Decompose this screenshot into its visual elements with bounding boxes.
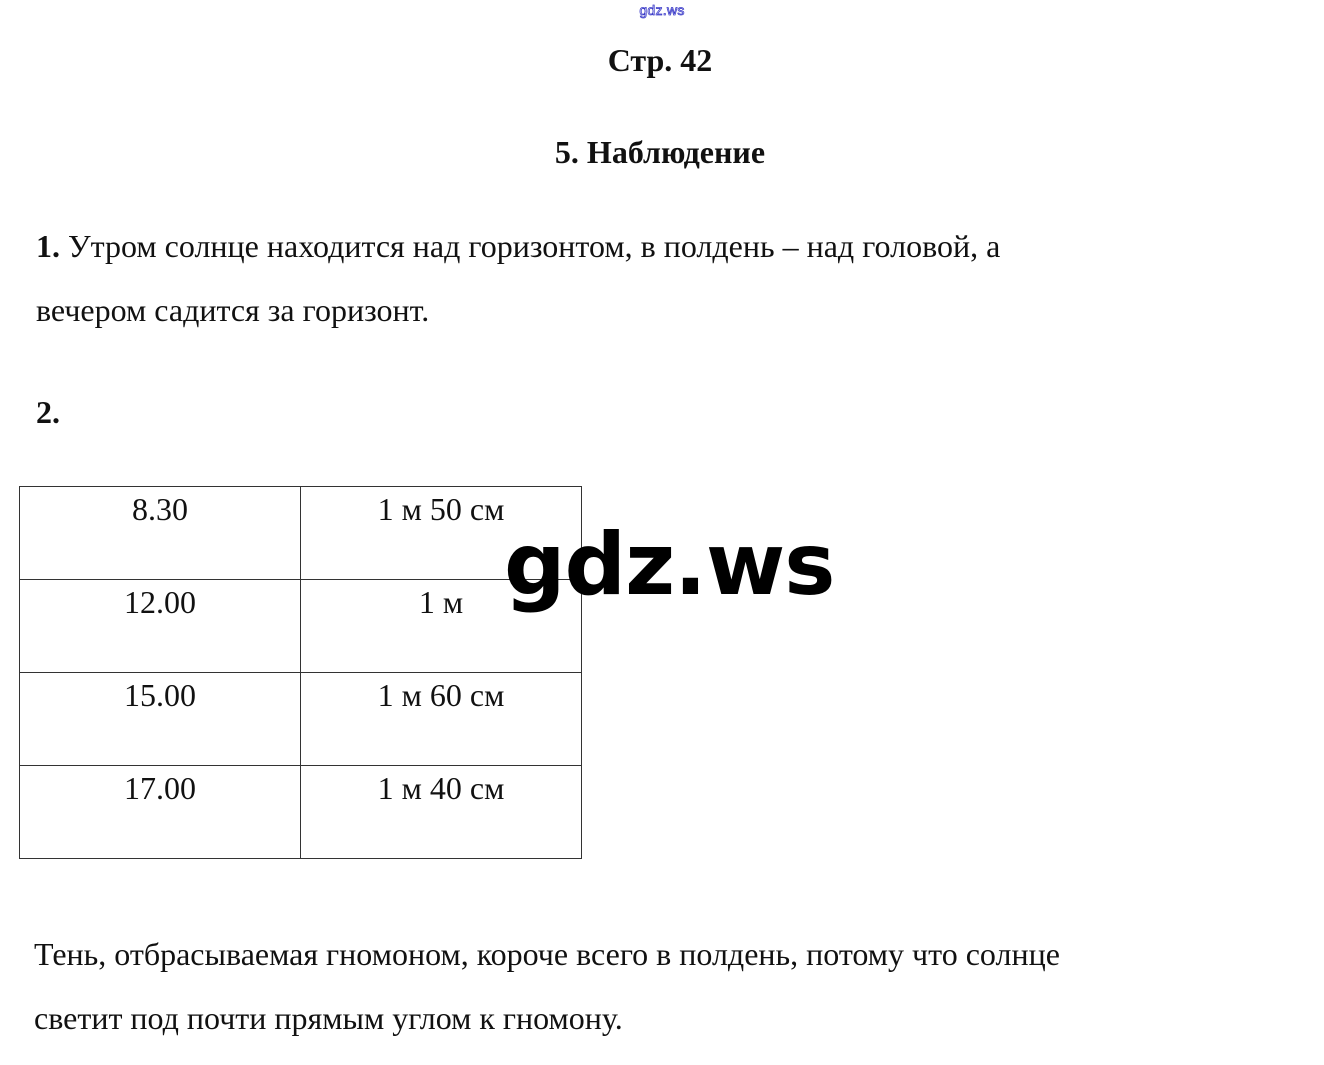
time-cell: 17.00 — [20, 766, 301, 859]
shadow-cell: 1 м 60 см — [301, 673, 582, 766]
table-row: 15.00 1 м 60 см — [20, 673, 582, 766]
table-row: 17.00 1 м 40 см — [20, 766, 582, 859]
conclusion-line1: Тень, отбрасываемая гномоном, короче все… — [34, 922, 1294, 986]
page-title: Стр. 42 — [0, 42, 1320, 79]
time-cell: 12.00 — [20, 580, 301, 673]
watermark-top: gdz.ws — [0, 2, 1324, 18]
time-cell: 8.30 — [20, 487, 301, 580]
task-1-text: Утром солнце находится над горизонтом, в… — [60, 228, 1000, 264]
watermark-center: gdz.ws — [504, 515, 834, 615]
task-2: 2. — [36, 380, 1296, 444]
shadow-table: 8.30 1 м 50 см 12.00 1 м 15.00 1 м 60 см… — [19, 486, 582, 859]
task-1-number: 1. — [36, 228, 60, 264]
table-row: 12.00 1 м — [20, 580, 582, 673]
task-1-line2: вечером садится за горизонт. — [36, 278, 1296, 342]
shadow-cell: 1 м 40 см — [301, 766, 582, 859]
time-cell: 15.00 — [20, 673, 301, 766]
conclusion-line2: светит под почти прямым углом к гномону. — [34, 986, 1294, 1050]
task-1-line1: 1. Утром солнце находится над горизонтом… — [36, 214, 1296, 278]
section-title: 5. Наблюдение — [0, 134, 1320, 171]
task-2-number: 2. — [36, 394, 60, 430]
task-1: 1. Утром солнце находится над горизонтом… — [36, 214, 1296, 342]
conclusion: Тень, отбрасываемая гномоном, короче все… — [34, 922, 1294, 1050]
table-row: 8.30 1 м 50 см — [20, 487, 582, 580]
